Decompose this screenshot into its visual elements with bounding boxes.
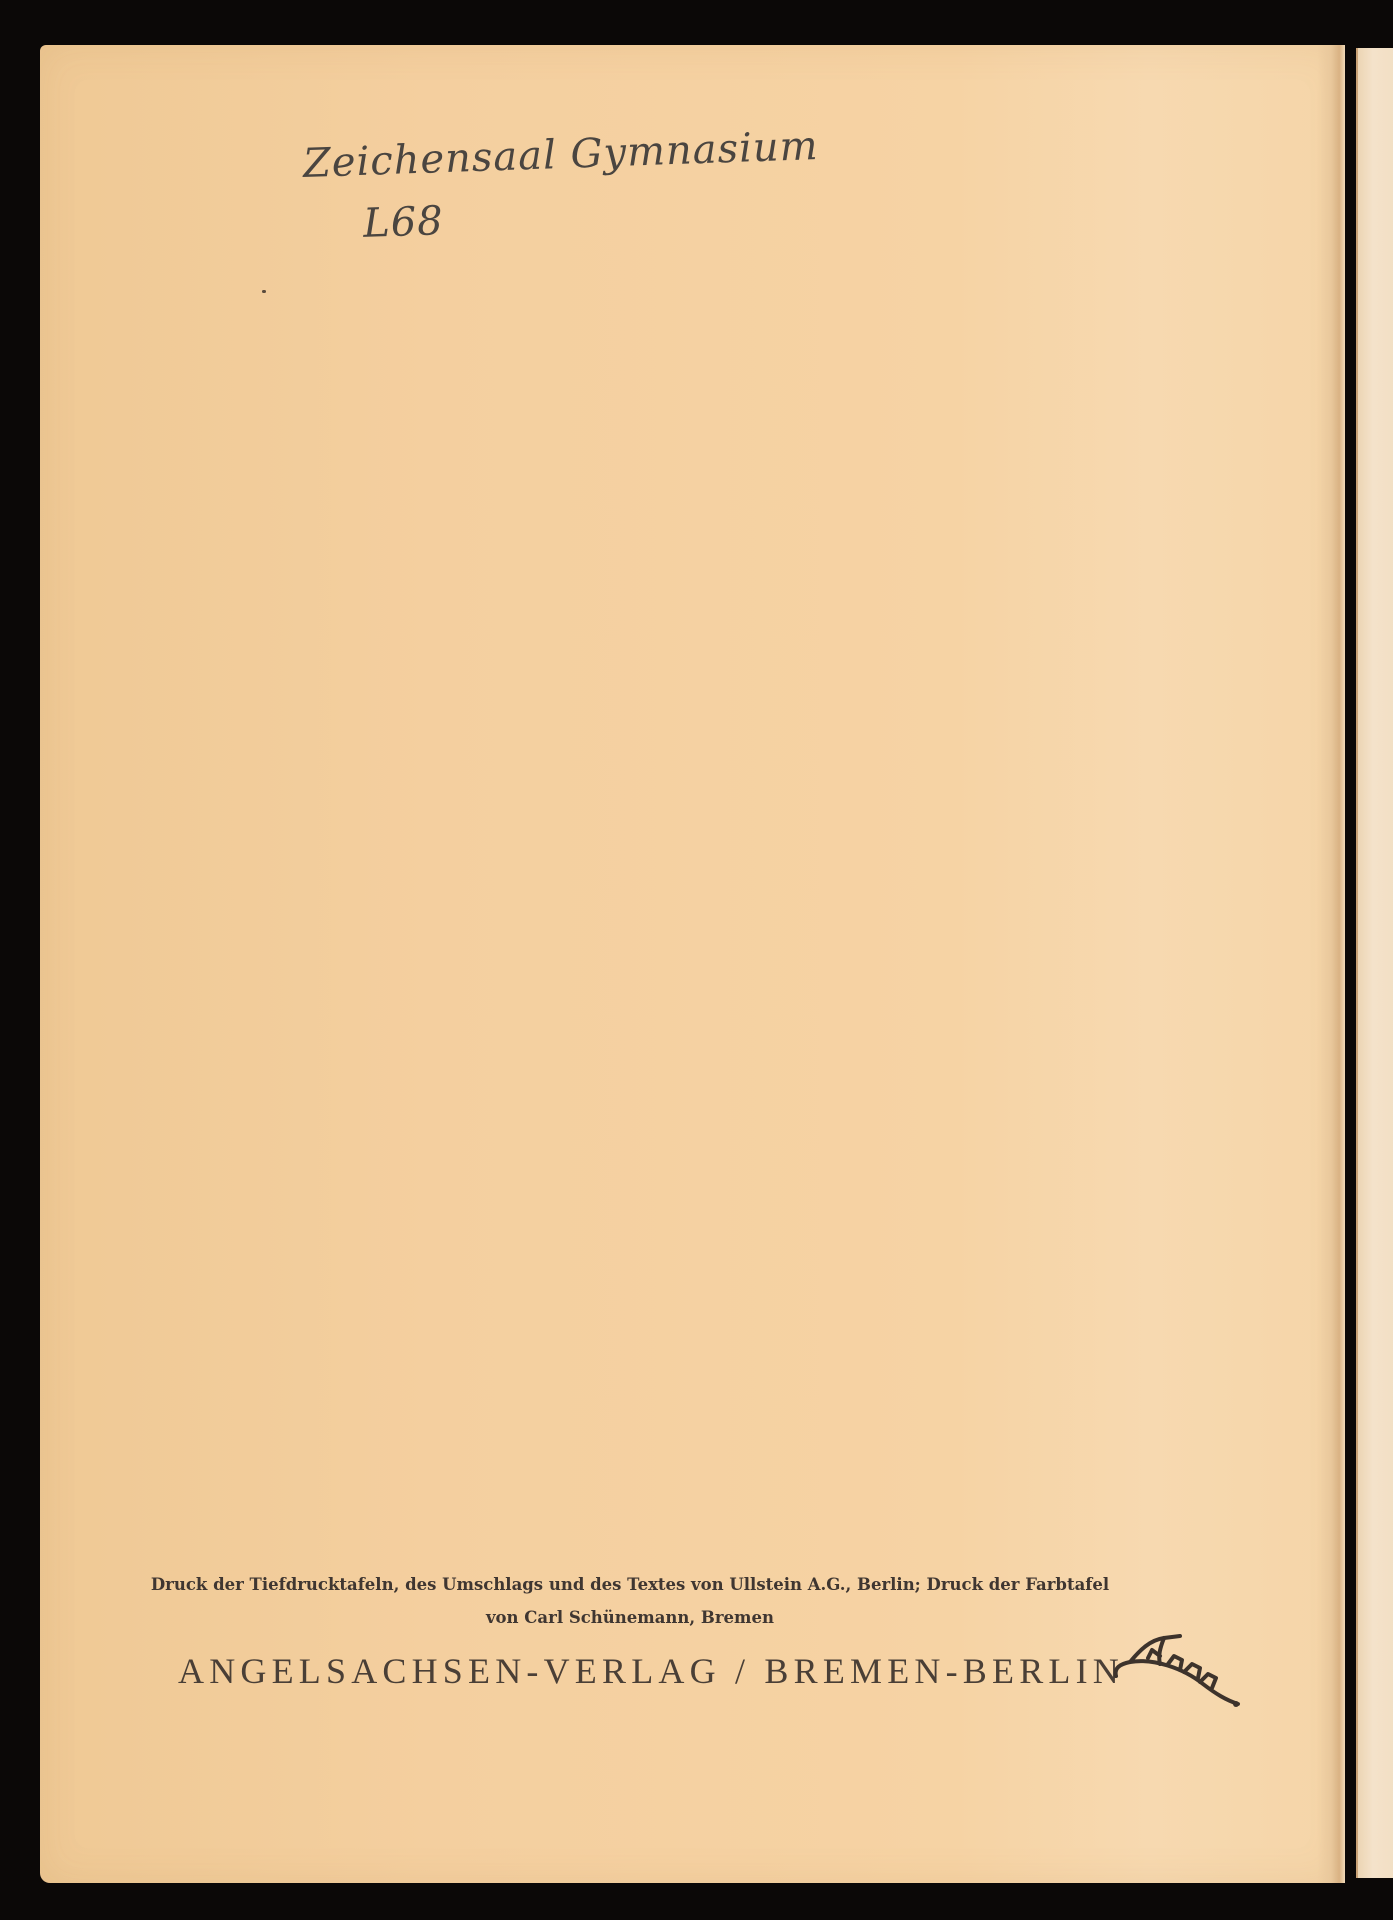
imprint-line-1: Druck der Tiefdrucktafeln, des Umschlags… (140, 1568, 1120, 1601)
handwritten-library-note: Zeichensaal Gymnasium L68 (302, 115, 822, 257)
printer-imprint: Druck der Tiefdrucktafeln, des Umschlags… (140, 1568, 1120, 1634)
imprint-line-2: von Carl Schünemann, Bremen (140, 1601, 1120, 1634)
publisher-name: ANGELSACHSEN-VERLAG / BREMEN-BERLIN (178, 1650, 1124, 1692)
next-page-edge (1356, 48, 1393, 1878)
ink-speck (262, 290, 266, 293)
ship-logo-icon (1108, 1628, 1243, 1713)
